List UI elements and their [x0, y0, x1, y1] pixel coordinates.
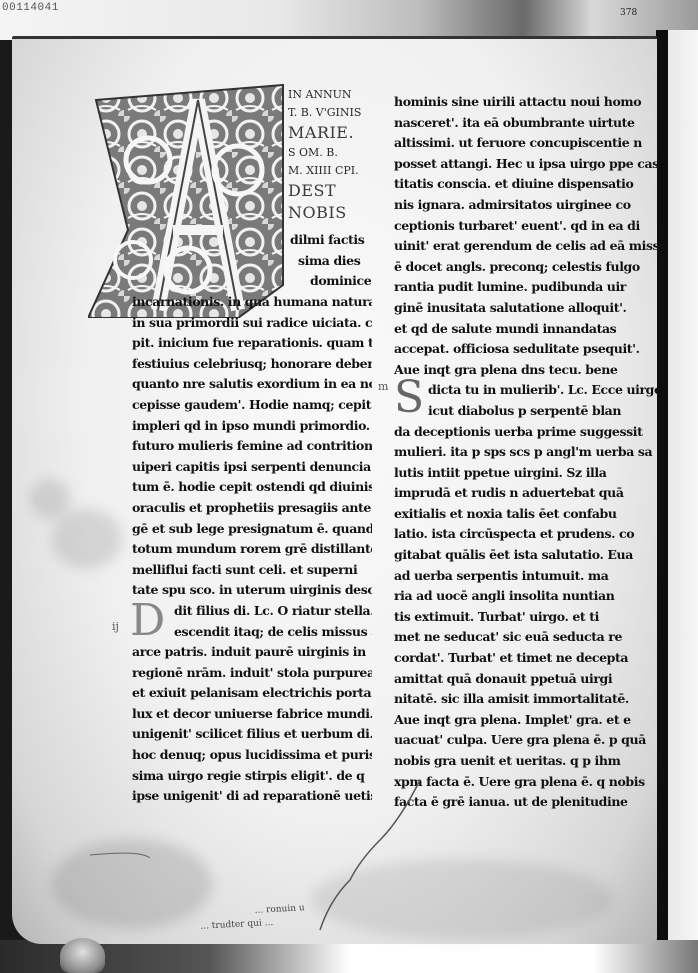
text-line: incarnationis. in qua humana natura: [132, 292, 372, 313]
marginal-note: m: [378, 380, 388, 393]
text-line: futuro mulieris femine ad contritionē: [132, 436, 372, 457]
text-line: Aue inqt gra plena dns tecu. bene: [394, 360, 660, 381]
heading-line: T. B. V'GINIS: [288, 104, 378, 122]
text-line: impleri qd in ipso mundi primordio. de: [132, 416, 372, 437]
text-line: cepisse gaudem'. Hodie namq; cepit: [132, 395, 372, 416]
text-line: hominis sine uirili attactu noui homo: [394, 92, 660, 113]
facing-page-edge: [668, 30, 698, 945]
left-column: incarnationis. in qua humana natura in s…: [132, 292, 372, 807]
stain: [52, 509, 122, 569]
text-line: totum mundum rorem grē distillantes: [132, 539, 372, 560]
stain: [30, 479, 70, 519]
holder-thumb: [60, 938, 105, 973]
illuminated-initial-A-icon: [88, 80, 288, 318]
heading-line: DEST: [288, 180, 378, 202]
text-line: uacuat' culpa. Uere gra plena ē. p quā: [394, 730, 660, 751]
text-line: et exiuit pelanisam electrichis porta: [132, 683, 372, 704]
text-line: tis extimuit. Turbat' uirgo. et ti: [394, 607, 660, 628]
right-column: hominis sine uirili attactu noui homo na…: [394, 92, 660, 813]
text-line: met ne seducat' sic euā seducta re: [394, 627, 660, 648]
text-line: Aue inqt gra plena. Implet' gra. et e: [394, 710, 660, 731]
text-line: arce patris. induit paurē uirginis in: [132, 642, 372, 663]
scan-top-edge: 00114041 378: [0, 0, 698, 40]
heading-line: IN ANNUN: [288, 86, 378, 104]
folio-number: 378: [620, 8, 637, 18]
text-line: sima uirgo regie stirpis eligit'. de q: [132, 766, 372, 787]
text-line: nasceret'. ita eā obumbrante uirtute: [394, 113, 660, 134]
text-line: nis ignara. admirsitatos uirginee co: [394, 195, 660, 216]
beside-initial-text: dilmi factis sima dies dominice: [290, 230, 371, 292]
text-line: dilmi factis: [290, 230, 371, 251]
text-line: lutis intiit ppetue uirgini. Sz illa: [394, 463, 660, 484]
text-line: uiperi capitis ipsi serpenti denuncia: [132, 457, 372, 478]
text-line: titatis conscia. et diuine dispensatio: [394, 174, 660, 195]
heading-line: MARIE.: [288, 122, 378, 144]
text-line: ad uerba serpentis intumuit. ma: [394, 566, 660, 587]
text-line: et qd de salute mundi innandatas: [394, 319, 660, 340]
text-line: latio. ista circūspecta et prudens. co: [394, 524, 660, 545]
text-line: accepat. officiosa sedulitate psequit'.: [394, 339, 660, 360]
stain: [52, 839, 212, 929]
text-line: dominice: [290, 271, 371, 292]
text-line: oraculis et prophetiis presagiis ante le: [132, 498, 372, 519]
initial-S: S: [394, 378, 424, 418]
text-line: exitialis et noxia talis ēet confabu: [394, 504, 660, 525]
text-line: regionē nrām. induit' stola purpurea.: [132, 663, 372, 684]
archive-id: 00114041: [2, 2, 59, 14]
text-line: unigenit' scilicet filius et uerbum di. …: [132, 724, 372, 745]
text-line: icut diabolus p serpentē blan: [394, 401, 660, 422]
text-line: mulieri. ita p sps scs p angl'm uerba sa: [394, 442, 660, 463]
text-line: cordat'. Turbat' et timet ne decepta: [394, 648, 660, 669]
text-line: nitatē. sic illa amisit immortalitatē.: [394, 689, 660, 710]
text-line: sima dies: [290, 251, 371, 272]
text-line: pit. inicium fue reparationis. quam tant…: [132, 333, 372, 354]
text-line: xpm facta ē. Uere gra plena ē. q nobis: [394, 772, 660, 793]
text-line: festiuius celebriusq; honorare debem'.: [132, 354, 372, 375]
text-line: ceptionis turbaret' euent'. qd in ea di: [394, 216, 660, 237]
text-line: imprudā et rudis n aduertebat quā: [394, 483, 660, 504]
text-line: amittat quā donauit ppetuā uirgi: [394, 669, 660, 690]
initial-D: D: [130, 600, 170, 642]
heading-line: NOBIS: [288, 202, 378, 224]
text-line: rantia pudit lumine. pudibunda uir: [394, 277, 660, 298]
bottom-margin-note: ... ronuin u ... trudter qui ...: [199, 902, 305, 933]
text-line: ginē inusitata salutatione alloquit'.: [394, 298, 660, 319]
text-line: dicta tu in mulierib'. Lc. Ecce uirgo. I…: [394, 380, 660, 401]
text-line: altissimi. ut feruore concupiscentie n: [394, 133, 660, 154]
heading-line: S OM. B.: [288, 144, 378, 162]
text-line: in sua primordii sui radice uiciata. cee: [132, 313, 372, 334]
heading-line: M. XIIII CPI.: [288, 162, 378, 180]
text-line: lux et decor uniuerse fabrice mundi.: [132, 704, 372, 725]
text-line: ē docet angls. preconq; celestis fulgo: [394, 257, 660, 278]
text-line: gitabat quālis ēet ista salutatio. Eua: [394, 545, 660, 566]
text-line: ria ad uocē angli insolita nuntian: [394, 586, 660, 607]
text-line: facta ē grē ianua. ut de plenitudine: [394, 792, 660, 813]
text-line: gē et sub lege presignatum ē. quando p: [132, 519, 372, 540]
text-line: hoc denuq; opus lucidissima et puris: [132, 745, 372, 766]
text-line: uinit' erat gerendum de celis ad eā miss…: [394, 236, 660, 257]
text-line: melliflui facti sunt celi. et superni: [132, 560, 372, 581]
text-line: da deceptionis uerba prime suggessit: [394, 422, 660, 443]
stain: [312, 859, 612, 939]
text-line: ipse unigenit' di ad reparationē uetis: [132, 786, 372, 807]
text-line: nobis gra uenit et ueritas. q p ihm: [394, 751, 660, 772]
text-line: posset attangi. Hec u ipsa uirgo ppe cas: [394, 154, 660, 175]
text-line: quanto nre salutis exordium in ea nos su…: [132, 374, 372, 395]
marginal-note: ij: [112, 620, 119, 633]
text-line: tate spu sco. in uterum uirginis descen: [132, 580, 372, 601]
rubric-heading: IN ANNUN T. B. V'GINIS MARIE. S OM. B. M…: [288, 86, 378, 224]
text-line: tum ē. hodie cepit ostendi qd diuinis: [132, 477, 372, 498]
